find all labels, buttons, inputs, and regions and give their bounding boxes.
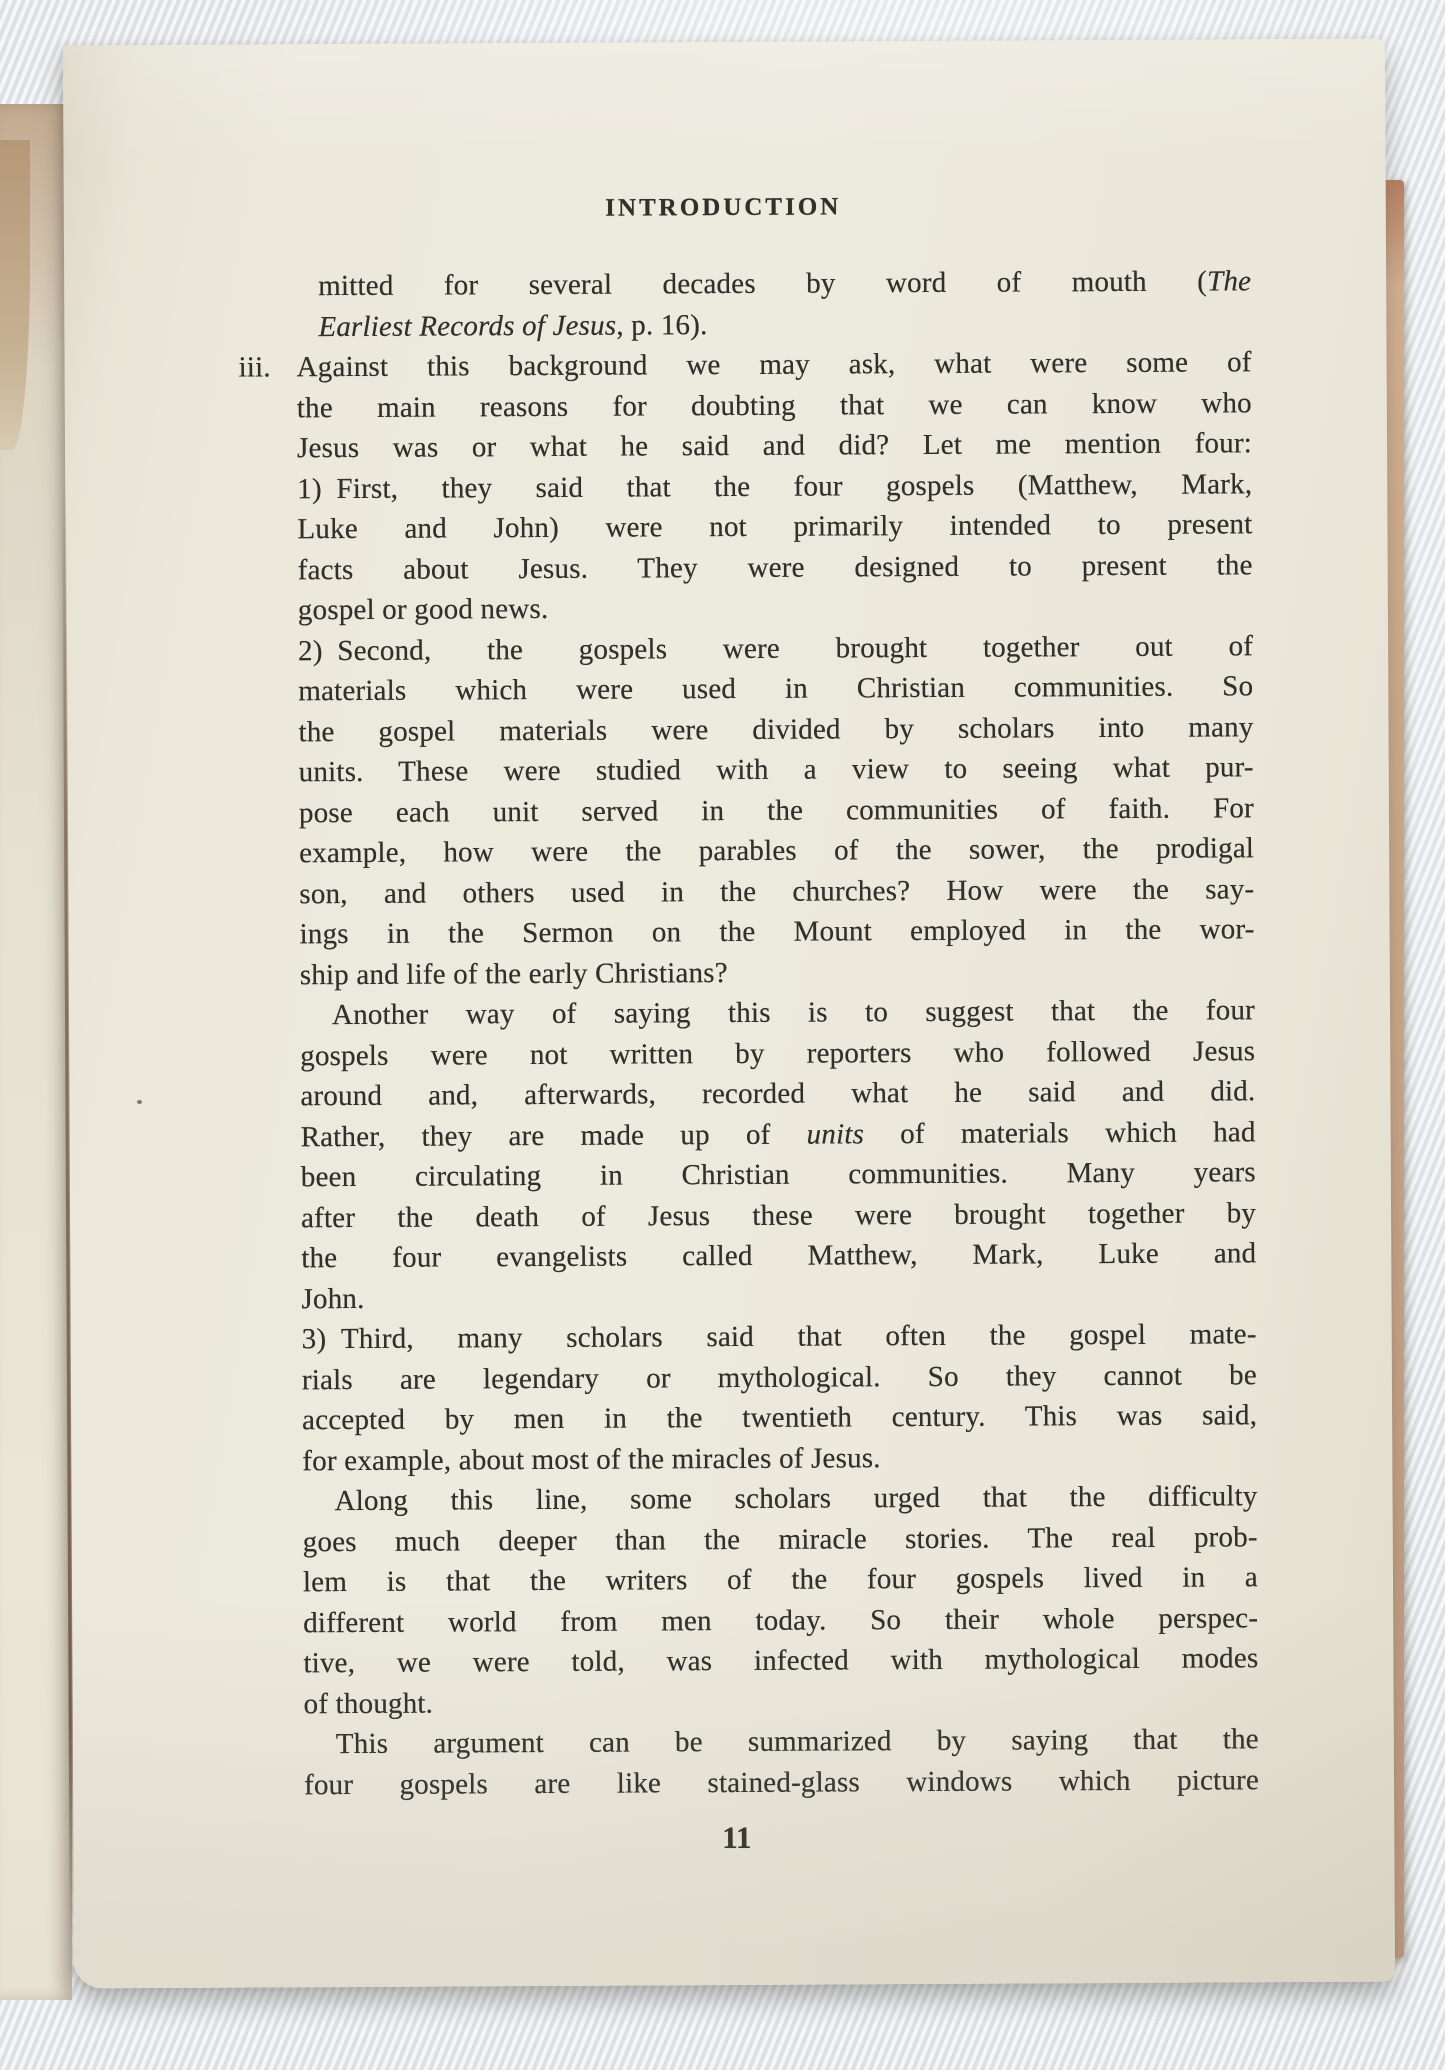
text-line: goes much deeper than the miracle storie… [303,1517,1258,1562]
text-line: pose each unit served in the communities… [299,788,1254,833]
text-line: son, and others used in the churches? Ho… [299,869,1254,914]
text-line: Earliest Records of Jesus, p. 16). [296,302,1251,347]
book-photo: INTRODUCTION mitted for several decades … [0,0,1445,2070]
text-line: Along this line, some scholars urged tha… [302,1476,1257,1521]
page-number: 11 [259,1817,1214,1858]
text-line: facts about Jesus. They were designed to… [298,545,1253,590]
text-line: gospels were not written by reporters wh… [300,1031,1255,1076]
text-line: Luke and John) were not primarily intend… [297,504,1252,549]
text-line: 1) First, they said that the four gospel… [297,464,1252,509]
text-line: ings in the Sermon on the Mount employed… [299,909,1254,954]
text-line: around and, afterwards, recorded what he… [300,1071,1255,1116]
book-page: INTRODUCTION mitted for several decades … [63,39,1395,1989]
text-line: of thought. [304,1679,1259,1724]
text-line: after the death of Jesus these were brou… [301,1193,1256,1238]
text-line: ship and life of the early Christians? [300,950,1255,995]
text-line: lem is that the writers of the four gosp… [303,1557,1258,1602]
text-line: tive, we were told, was infected with my… [303,1638,1258,1683]
text-line: This argument can be summarized by sayin… [304,1719,1259,1764]
text-line: 3) Third, many scholars said that often … [302,1314,1257,1359]
page-text-column: mitted for several decades by word of mo… [296,261,1259,1805]
text-line: the main reasons for doubting that we ca… [297,383,1252,428]
text-line: four gospels are like stained-glass wind… [304,1760,1259,1805]
text-line: Jesus was or what he said and did? Let m… [297,423,1252,468]
text-line: been circulating in Christian communitie… [301,1152,1256,1197]
text-line: gospel or good news. [298,585,1253,630]
text-line: rials are legendary or mythological. So … [302,1355,1257,1400]
text-line: different world from men today. So their… [303,1598,1258,1643]
list-marker: iii. [239,347,271,388]
text-line: mitted for several decades by word of mo… [296,261,1251,306]
text-line: example, how were the parables of the so… [299,828,1254,873]
text-line: the gospel materials were divided by sch… [298,707,1253,752]
text-line: the four evangelists called Matthew, Mar… [301,1233,1256,1278]
paper-speck [137,1100,142,1104]
page-header: INTRODUCTION [246,192,1201,225]
text-line: 2) Second, the gospels were brought toge… [298,626,1253,671]
text-line: accepted by men in the twentieth century… [302,1395,1257,1440]
text-line: Another way of saying this is to suggest… [300,990,1255,1035]
text-line: iii.Against this background we may ask, … [297,342,1252,387]
text-line: John. [301,1274,1256,1319]
text-line: for example, about most of the miracles … [302,1436,1257,1481]
text-line: Rather, they are made up of units of mat… [301,1112,1256,1157]
text-line: units. These were studied with a view to… [299,747,1254,792]
text-line: materials which were used in Christian c… [298,666,1253,711]
